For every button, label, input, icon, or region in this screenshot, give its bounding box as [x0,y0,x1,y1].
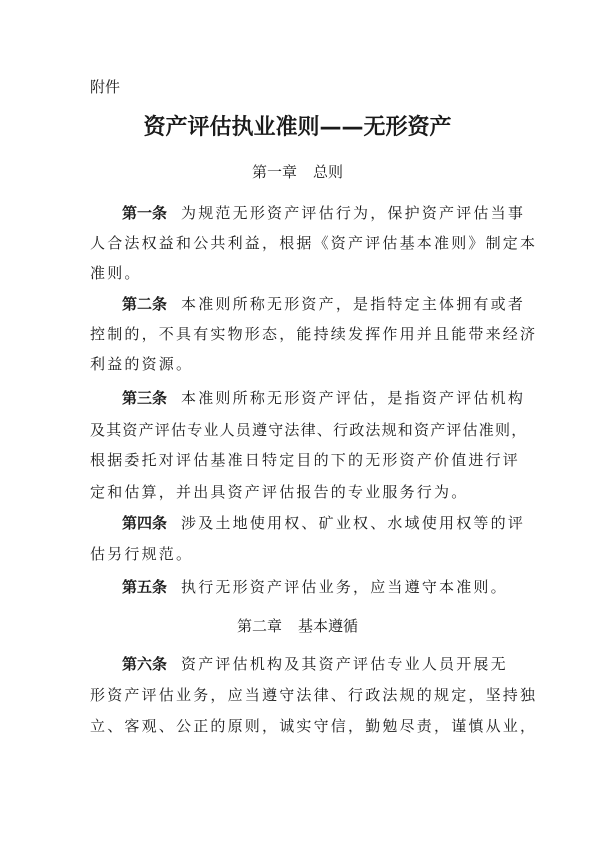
article-3-line-2: 及其资产评估专业人员遵守法律、行政法规和资产评估准则， [90,420,527,440]
article-2-line-2: 控制的，不具有实物形态，能持续发挥作用并且能带来经济 [90,324,537,344]
chapter-heading-2: 第二章基本遵循 [0,616,595,636]
chapter-number: 第二章 [237,617,282,635]
chapter-heading-1: 第一章总则 [0,162,595,182]
article-3-line-3: 根据委托对评估基准日特定目的下的无形资产价值进行评 [90,450,520,470]
article-6-line-3: 立、客观、公正的原则，诚实守信，勤勉尽责，谨慎从业， [90,716,537,736]
article-6-line-2: 形资产评估业务，应当遵守法律、行政法规的规定，坚持独 [90,685,537,705]
article-5-line-1: 第五条执行无形资产评估业务，应当遵守本准则。 [122,577,508,597]
document-title: 资产评估执业准则——无形资产 [0,114,595,142]
chapter-name: 基本遵循 [298,617,358,635]
article-4-line-1: 第四条涉及土地使用权、矿业权、水域使用权等的评 [122,513,525,533]
chapter-number: 第一章 [252,163,297,181]
article-3-line-4: 定和估算，并出具资产评估报告的专业服务行为。 [90,482,468,502]
article-3-line-1: 第三条本准则所称无形资产评估，是指资产评估机构 [122,388,525,408]
article-label: 第三条 [122,389,167,407]
attachment-label: 附件 [90,77,120,97]
article-1-line-3: 准则。 [90,263,142,283]
article-label: 第四条 [122,514,167,532]
article-label: 第一条 [122,204,167,222]
article-2-line-3: 利益的资源。 [90,354,193,374]
article-1-line-1: 第一条为规范无形资产评估行为，保护资产评估当事 [122,203,525,223]
article-label: 第六条 [122,655,167,673]
article-6-line-1: 第六条资产评估机构及其资产评估专业人员开展无 [122,654,508,674]
chapter-name: 总则 [313,163,343,181]
article-2-line-1: 第二条本准则所称无形资产，是指特定主体拥有或者 [122,294,525,314]
article-label: 第五条 [122,578,167,596]
article-1-line-2: 人合法权益和公共利益，根据《资产评估基本准则》制定本 [90,233,537,253]
article-4-line-2: 估另行规范。 [90,544,193,564]
article-label: 第二条 [122,295,167,313]
